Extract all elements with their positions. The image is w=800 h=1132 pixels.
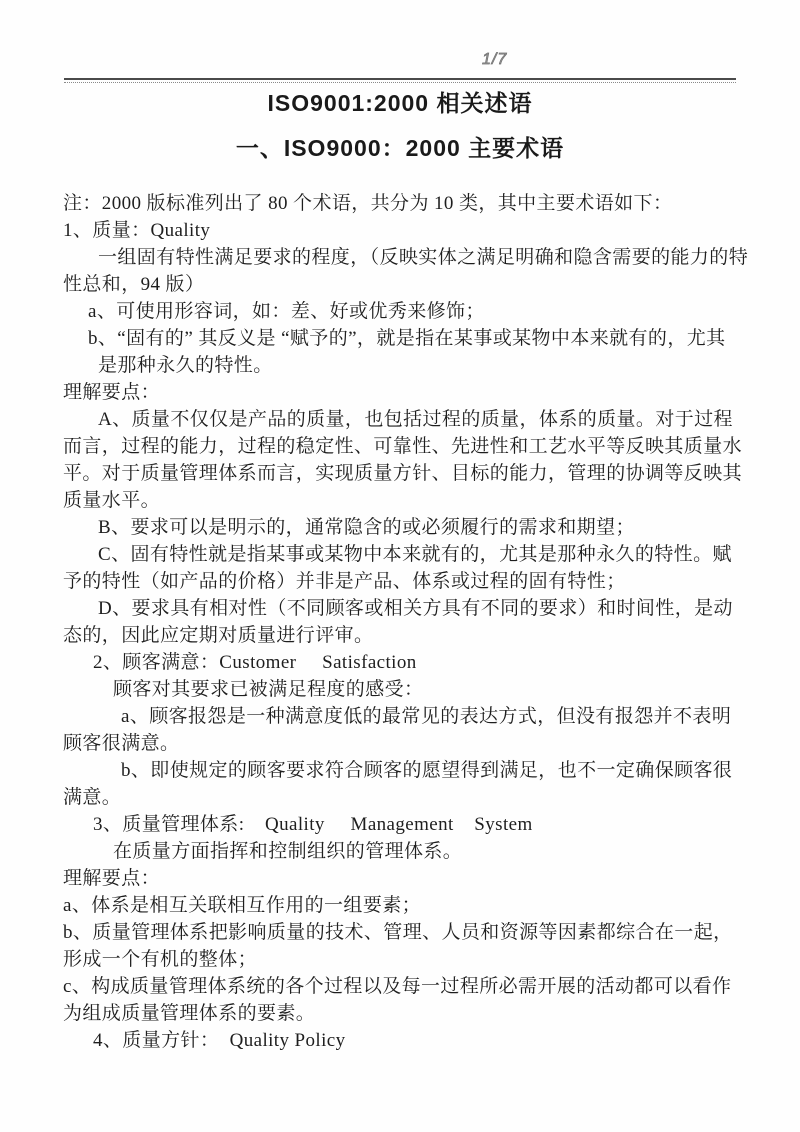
text-line: 形成一个有机的整体； — [63, 946, 753, 973]
text-line: 顾客很满意。 — [63, 730, 753, 757]
text-line: 理解要点： — [63, 379, 753, 406]
text-line: c、构成质量管理体系统的各个过程以及每一过程所必需开展的活动都可以看作 — [63, 973, 753, 1000]
text-line: 满意。 — [63, 784, 753, 811]
text-line: 理解要点： — [63, 865, 753, 892]
text-line: 性总和，94 版） — [63, 271, 753, 298]
text-line: 为组成质量管理体系的要素。 — [63, 1000, 753, 1027]
text-line: a、体系是相互关联相互作用的一组要素； — [63, 892, 753, 919]
header-rule-dotted — [64, 82, 736, 83]
text-line: A、质量不仅仅是产品的质量，也包括过程的质量，体系的质量。对于过程 — [63, 406, 753, 433]
text-line: 一组固有特性满足要求的程度，（反映实体之满足明确和隐含需要的能力的特 — [63, 244, 753, 271]
text-line: 4、质量方针： Quality Policy — [63, 1027, 753, 1054]
body-lines: 注：2000 版标准列出了 80 个术语，共分为 10 类，其中主要术语如下：1… — [63, 190, 753, 1054]
header-rule-solid — [64, 78, 736, 80]
text-line: D、要求具有相对性（不同顾客或相关方具有不同的要求）和时间性，是动 — [63, 595, 753, 622]
text-line: 而言，过程的能力，过程的稳定性、可靠性、先进性和工艺水平等反映其质量水 — [63, 433, 753, 460]
text-line: b、即使规定的顾客要求符合顾客的愿望得到满足，也不一定确保顾客很 — [63, 757, 753, 784]
text-line: 予的特性（如产品的价格）并非是产品、体系或过程的固有特性； — [63, 568, 753, 595]
text-line: 注：2000 版标准列出了 80 个术语，共分为 10 类，其中主要术语如下： — [63, 190, 753, 217]
text-line: B、要求可以是明示的，通常隐含的或必须履行的需求和期望； — [63, 514, 753, 541]
text-line: 3、质量管理体系: Quality Management System — [63, 811, 753, 838]
text-line: C、固有特性就是指某事或某物中本来就有的，尤其是那种永久的特性。赋 — [63, 541, 753, 568]
document-title: ISO9001:2000 相关述语 — [0, 85, 800, 118]
text-line: 1、质量：Quality — [63, 217, 753, 244]
text-line: 平。对于质量管理体系而言，实现质量方针、目标的能力，管理的协调等反映其 — [63, 460, 753, 487]
text-line: 2、顾客满意：Customer Satisfaction — [63, 649, 753, 676]
text-line: 是那种永久的特性。 — [63, 352, 753, 379]
document-page: 1/7 ISO9001:2000 相关述语 一、ISO9000：2000 主要术… — [0, 0, 800, 1132]
text-line: a、顾客报怨是一种满意度低的最常见的表达方式，但没有报怨并不表明 — [63, 703, 753, 730]
text-line: b、质量管理体系把影响质量的技术、管理、人员和资源等因素都综合在一起， — [63, 919, 753, 946]
page-number: 1/7 — [482, 51, 507, 69]
text-line: 在质量方面指挥和控制组织的管理体系。 — [63, 838, 753, 865]
text-line: 质量水平。 — [63, 487, 753, 514]
document-subtitle: 一、ISO9000：2000 主要术语 — [0, 130, 800, 163]
text-line: 态的，因此应定期对质量进行评审。 — [63, 622, 753, 649]
text-line: 顾客对其要求已被满足程度的感受： — [63, 676, 753, 703]
text-line: a、可使用形容词，如：差、好或优秀来修饰； — [63, 298, 753, 325]
text-line: b、“固有的” 其反义是 “赋予的”，就是指在某事或某物中本来就有的，尤其 — [63, 325, 753, 352]
